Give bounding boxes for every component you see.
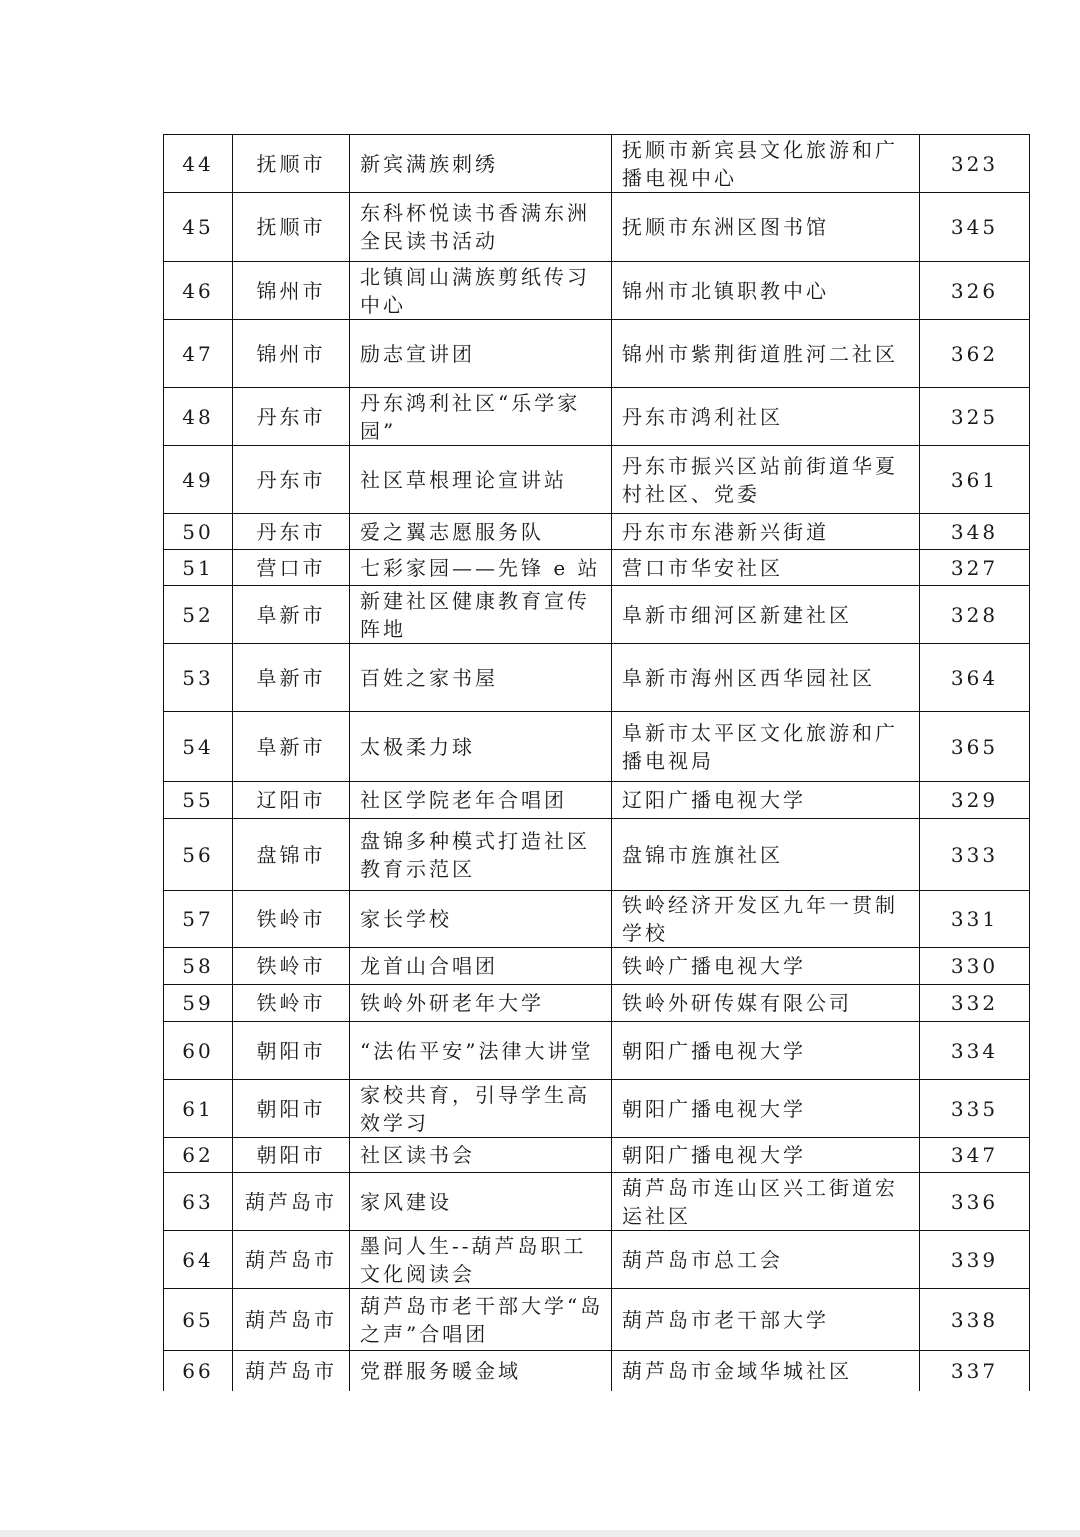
code-cell-text: 334 (920, 1037, 1029, 1065)
code-cell: 348 (920, 514, 1030, 550)
table-row: 44抚顺市新宾满族刺绣抚顺市新宾县文化旅游和广播电视中心323 (164, 135, 1030, 193)
organization-cell: 营口市华安社区 (612, 550, 920, 586)
code-cell: 331 (920, 891, 1030, 948)
city-cell-text: 阜新市 (233, 664, 349, 692)
row-number-cell-text: 48 (164, 403, 232, 431)
organization-cell-text: 朝阳广播电视大学 (622, 1037, 913, 1065)
row-number-cell: 62 (164, 1138, 233, 1173)
city-cell-text: 抚顺市 (233, 150, 349, 178)
row-number-cell: 64 (164, 1231, 233, 1289)
city-cell-text: 铁岭市 (233, 952, 349, 980)
city-cell: 葫芦岛市 (233, 1173, 350, 1231)
row-number-cell: 63 (164, 1173, 233, 1231)
city-cell-text: 葫芦岛市 (233, 1357, 349, 1385)
viewer-bottom-edge (0, 1530, 1080, 1537)
city-cell: 丹东市 (233, 446, 350, 514)
organization-cell: 朝阳广播电视大学 (612, 1080, 920, 1138)
code-cell: 332 (920, 985, 1030, 1022)
row-number-cell-text: 62 (164, 1141, 232, 1169)
row-number-cell: 53 (164, 644, 233, 712)
row-number-cell-text: 56 (164, 841, 232, 869)
city-cell: 朝阳市 (233, 1080, 350, 1138)
code-cell: 329 (920, 782, 1030, 819)
code-cell-text: 325 (920, 403, 1029, 431)
city-cell-text: 辽阳市 (233, 786, 349, 814)
city-cell: 阜新市 (233, 586, 350, 644)
project-name-cell-text: 丹东鸿利社区“乐学家园” (360, 389, 605, 445)
row-number-cell-text: 53 (164, 664, 232, 692)
row-number-cell-text: 64 (164, 1246, 232, 1274)
project-name-cell: 北镇闾山满族剪纸传习中心 (350, 262, 612, 320)
city-cell: 朝阳市 (233, 1022, 350, 1080)
code-cell-text: 327 (920, 554, 1029, 582)
project-name-cell-text: 党群服务暖金域 (360, 1357, 605, 1385)
code-cell: 365 (920, 712, 1030, 782)
organization-cell: 葫芦岛市总工会 (612, 1231, 920, 1289)
city-cell-text: 阜新市 (233, 601, 349, 629)
code-cell: 335 (920, 1080, 1030, 1138)
city-cell: 营口市 (233, 550, 350, 586)
project-name-cell: 葫芦岛市老干部大学“岛之声”合唱团 (350, 1289, 612, 1351)
organization-cell: 阜新市海州区西华园社区 (612, 644, 920, 712)
city-cell-text: 铁岭市 (233, 905, 349, 933)
organization-cell-text: 辽阳广播电视大学 (622, 786, 913, 814)
organization-cell: 辽阳广播电视大学 (612, 782, 920, 819)
code-cell-text: 328 (920, 601, 1029, 629)
organization-cell-text: 铁岭外研传媒有限公司 (622, 989, 913, 1017)
row-number-cell-text: 63 (164, 1188, 232, 1216)
project-name-cell: 社区学院老年合唱团 (350, 782, 612, 819)
row-number-cell: 50 (164, 514, 233, 550)
code-cell: 328 (920, 586, 1030, 644)
code-cell: 361 (920, 446, 1030, 514)
project-name-cell: 家长学校 (350, 891, 612, 948)
organization-cell: 抚顺市东洲区图书馆 (612, 193, 920, 262)
project-name-cell-text: 葫芦岛市老干部大学“岛之声”合唱团 (360, 1292, 605, 1348)
city-cell: 锦州市 (233, 262, 350, 320)
city-cell: 辽阳市 (233, 782, 350, 819)
project-name-cell: 党群服务暖金域 (350, 1351, 612, 1391)
project-name-cell: 墨问人生--葫芦岛职工文化阅读会 (350, 1231, 612, 1289)
code-cell-text: 362 (920, 340, 1029, 368)
row-number-cell-text: 58 (164, 952, 232, 980)
code-cell: 362 (920, 320, 1030, 388)
city-cell-text: 朝阳市 (233, 1095, 349, 1123)
row-number-cell: 44 (164, 135, 233, 193)
row-number-cell: 52 (164, 586, 233, 644)
table-row: 64葫芦岛市墨问人生--葫芦岛职工文化阅读会葫芦岛市总工会339 (164, 1231, 1030, 1289)
city-cell-text: 葫芦岛市 (233, 1188, 349, 1216)
project-name-cell-text: 东科杯悦读书香满东洲全民读书活动 (360, 199, 605, 255)
code-cell-text: 329 (920, 786, 1029, 814)
organization-cell: 葫芦岛市金域华城社区 (612, 1351, 920, 1391)
row-number-cell: 54 (164, 712, 233, 782)
project-name-cell: 新宾满族刺绣 (350, 135, 612, 193)
city-cell-text: 锦州市 (233, 277, 349, 305)
table-row: 63葫芦岛市家风建设葫芦岛市连山区兴工街道宏运社区336 (164, 1173, 1030, 1231)
project-name-cell: 爱之翼志愿服务队 (350, 514, 612, 550)
table-body: 44抚顺市新宾满族刺绣抚顺市新宾县文化旅游和广播电视中心32345抚顺市东科杯悦… (164, 135, 1030, 1391)
city-cell-text: 锦州市 (233, 340, 349, 368)
organization-cell-text: 铁岭广播电视大学 (622, 952, 913, 980)
city-cell: 阜新市 (233, 644, 350, 712)
row-number-cell: 66 (164, 1351, 233, 1391)
organization-cell-text: 朝阳广播电视大学 (622, 1141, 913, 1169)
organization-cell: 阜新市细河区新建社区 (612, 586, 920, 644)
code-cell-text: 339 (920, 1246, 1029, 1274)
table-row: 54阜新市太极柔力球阜新市太平区文化旅游和广播电视局365 (164, 712, 1030, 782)
table-row: 47锦州市励志宣讲团锦州市紫荆街道胜河二社区362 (164, 320, 1030, 388)
code-cell-text: 323 (920, 150, 1029, 178)
table-row: 50丹东市爱之翼志愿服务队丹东市东港新兴街道348 (164, 514, 1030, 550)
code-cell: 334 (920, 1022, 1030, 1080)
city-cell: 阜新市 (233, 712, 350, 782)
project-name-cell-text: 龙首山合唱团 (360, 952, 605, 980)
row-number-cell: 57 (164, 891, 233, 948)
organization-cell-text: 朝阳广播电视大学 (622, 1095, 913, 1123)
code-cell: 325 (920, 388, 1030, 446)
code-cell-text: 364 (920, 664, 1029, 692)
organization-cell: 抚顺市新宾县文化旅游和广播电视中心 (612, 135, 920, 193)
row-number-cell: 55 (164, 782, 233, 819)
project-name-cell: 家风建设 (350, 1173, 612, 1231)
row-number-cell-text: 65 (164, 1306, 232, 1334)
organization-cell: 铁岭经济开发区九年一贯制学校 (612, 891, 920, 948)
project-name-cell-text: 百姓之家书屋 (360, 664, 605, 692)
organization-cell-text: 营口市华安社区 (622, 554, 913, 582)
row-number-cell-text: 54 (164, 733, 232, 761)
code-cell-text: 335 (920, 1095, 1029, 1123)
row-number-cell-text: 49 (164, 466, 232, 494)
organization-cell-text: 抚顺市新宾县文化旅游和广播电视中心 (622, 136, 913, 192)
organization-cell-text: 锦州市紫荆街道胜河二社区 (622, 340, 913, 368)
row-number-cell: 51 (164, 550, 233, 586)
code-cell: 337 (920, 1351, 1030, 1391)
organization-cell-text: 葫芦岛市老干部大学 (622, 1306, 913, 1334)
project-name-cell-text: 家风建设 (360, 1188, 605, 1216)
row-number-cell-text: 55 (164, 786, 232, 814)
table-row: 58铁岭市龙首山合唱团铁岭广播电视大学330 (164, 948, 1030, 985)
code-cell-text: 338 (920, 1306, 1029, 1334)
row-number-cell-text: 57 (164, 905, 232, 933)
table-row: 65葫芦岛市葫芦岛市老干部大学“岛之声”合唱团葫芦岛市老干部大学338 (164, 1289, 1030, 1351)
table-row: 61朝阳市家校共育，引导学生高效学习朝阳广播电视大学335 (164, 1080, 1030, 1138)
project-name-cell: “法佑平安”法律大讲堂 (350, 1022, 612, 1080)
city-cell-text: 铁岭市 (233, 989, 349, 1017)
project-name-cell-text: 爱之翼志愿服务队 (360, 518, 605, 546)
organization-cell: 朝阳广播电视大学 (612, 1138, 920, 1173)
project-name-cell-text: 励志宣讲团 (360, 340, 605, 368)
table-row: 59铁岭市铁岭外研老年大学铁岭外研传媒有限公司332 (164, 985, 1030, 1022)
row-number-cell-text: 50 (164, 518, 232, 546)
city-cell-text: 朝阳市 (233, 1141, 349, 1169)
row-number-cell-text: 61 (164, 1095, 232, 1123)
row-number-cell: 58 (164, 948, 233, 985)
row-number-cell: 65 (164, 1289, 233, 1351)
code-cell-text: 333 (920, 841, 1029, 869)
code-cell: 347 (920, 1138, 1030, 1173)
organization-cell: 阜新市太平区文化旅游和广播电视局 (612, 712, 920, 782)
organization-cell: 锦州市紫荆街道胜河二社区 (612, 320, 920, 388)
table-row: 55辽阳市社区学院老年合唱团辽阳广播电视大学329 (164, 782, 1030, 819)
project-name-cell: 丹东鸿利社区“乐学家园” (350, 388, 612, 446)
city-cell-text: 抚顺市 (233, 213, 349, 241)
city-cell-text: 葫芦岛市 (233, 1306, 349, 1334)
city-cell: 朝阳市 (233, 1138, 350, 1173)
organization-cell: 锦州市北镇职教中心 (612, 262, 920, 320)
table-row: 52阜新市新建社区健康教育宣传阵地阜新市细河区新建社区328 (164, 586, 1030, 644)
project-name-cell-text: 太极柔力球 (360, 733, 605, 761)
project-name-cell: 社区读书会 (350, 1138, 612, 1173)
table-row: 56盘锦市盘锦多种模式打造社区教育示范区盘锦市旌旗社区333 (164, 819, 1030, 891)
row-number-cell-text: 46 (164, 277, 232, 305)
organization-cell-text: 丹东市东港新兴街道 (622, 518, 913, 546)
code-cell-text: 361 (920, 466, 1029, 494)
code-cell: 330 (920, 948, 1030, 985)
row-number-cell-text: 60 (164, 1037, 232, 1065)
data-table: 44抚顺市新宾满族刺绣抚顺市新宾县文化旅游和广播电视中心32345抚顺市东科杯悦… (163, 134, 1030, 1391)
code-cell-text: 365 (920, 733, 1029, 761)
project-name-cell: 家校共育，引导学生高效学习 (350, 1080, 612, 1138)
organization-cell-text: 葫芦岛市连山区兴工街道宏运社区 (622, 1174, 913, 1230)
table-row: 60朝阳市“法佑平安”法律大讲堂朝阳广播电视大学334 (164, 1022, 1030, 1080)
table-row: 48丹东市丹东鸿利社区“乐学家园”丹东市鸿利社区325 (164, 388, 1030, 446)
project-name-cell: 龙首山合唱团 (350, 948, 612, 985)
organization-cell: 盘锦市旌旗社区 (612, 819, 920, 891)
row-number-cell-text: 52 (164, 601, 232, 629)
code-cell-text: 332 (920, 989, 1029, 1017)
project-name-cell-text: 家校共育，引导学生高效学习 (360, 1081, 605, 1137)
organization-cell: 朝阳广播电视大学 (612, 1022, 920, 1080)
organization-cell-text: 铁岭经济开发区九年一贯制学校 (622, 891, 913, 947)
city-cell-text: 丹东市 (233, 518, 349, 546)
project-name-cell-text: 铁岭外研老年大学 (360, 989, 605, 1017)
project-name-cell: 百姓之家书屋 (350, 644, 612, 712)
organization-cell-text: 阜新市海州区西华园社区 (622, 664, 913, 692)
project-name-cell: 新建社区健康教育宣传阵地 (350, 586, 612, 644)
organization-cell-text: 葫芦岛市金域华城社区 (622, 1357, 913, 1385)
city-cell: 丹东市 (233, 388, 350, 446)
table-row: 53阜新市百姓之家书屋阜新市海州区西华园社区364 (164, 644, 1030, 712)
table-row: 51营口市七彩家园——先锋 e 站营口市华安社区327 (164, 550, 1030, 586)
code-cell-text: 345 (920, 213, 1029, 241)
code-cell: 327 (920, 550, 1030, 586)
organization-cell: 丹东市鸿利社区 (612, 388, 920, 446)
project-name-cell: 励志宣讲团 (350, 320, 612, 388)
row-number-cell: 59 (164, 985, 233, 1022)
city-cell-text: 阜新市 (233, 733, 349, 761)
city-cell-text: 朝阳市 (233, 1037, 349, 1065)
code-cell: 333 (920, 819, 1030, 891)
code-cell: 336 (920, 1173, 1030, 1231)
city-cell: 铁岭市 (233, 985, 350, 1022)
table-row: 66葫芦岛市党群服务暖金域葫芦岛市金域华城社区337 (164, 1351, 1030, 1391)
organization-cell: 葫芦岛市老干部大学 (612, 1289, 920, 1351)
city-cell: 丹东市 (233, 514, 350, 550)
city-cell: 葫芦岛市 (233, 1231, 350, 1289)
code-cell-text: 331 (920, 905, 1029, 933)
row-number-cell-text: 59 (164, 989, 232, 1017)
city-cell-text: 丹东市 (233, 403, 349, 431)
row-number-cell-text: 66 (164, 1357, 232, 1385)
organization-cell-text: 抚顺市东洲区图书馆 (622, 213, 913, 241)
project-name-cell: 东科杯悦读书香满东洲全民读书活动 (350, 193, 612, 262)
project-name-cell-text: “法佑平安”法律大讲堂 (360, 1037, 605, 1065)
city-cell: 抚顺市 (233, 193, 350, 262)
code-cell: 364 (920, 644, 1030, 712)
code-cell-text: 337 (920, 1357, 1029, 1385)
city-cell: 锦州市 (233, 320, 350, 388)
project-name-cell-text: 新建社区健康教育宣传阵地 (360, 587, 605, 643)
organization-cell-text: 盘锦市旌旗社区 (622, 841, 913, 869)
table-row: 62朝阳市社区读书会朝阳广播电视大学347 (164, 1138, 1030, 1173)
code-cell-text: 326 (920, 277, 1029, 305)
city-cell: 铁岭市 (233, 891, 350, 948)
code-cell: 323 (920, 135, 1030, 193)
organization-cell: 丹东市东港新兴街道 (612, 514, 920, 550)
city-cell: 抚顺市 (233, 135, 350, 193)
code-cell: 326 (920, 262, 1030, 320)
project-name-cell-text: 社区读书会 (360, 1141, 605, 1169)
code-cell-text: 330 (920, 952, 1029, 980)
project-name-cell-text: 社区草根理论宣讲站 (360, 466, 605, 494)
row-number-cell: 47 (164, 320, 233, 388)
city-cell: 葫芦岛市 (233, 1351, 350, 1391)
table-row: 45抚顺市东科杯悦读书香满东洲全民读书活动抚顺市东洲区图书馆345 (164, 193, 1030, 262)
code-cell-text: 348 (920, 518, 1029, 546)
city-cell-text: 盘锦市 (233, 841, 349, 869)
row-number-cell: 49 (164, 446, 233, 514)
project-name-cell-text: 家长学校 (360, 905, 605, 933)
project-name-cell-text: 墨问人生--葫芦岛职工文化阅读会 (360, 1232, 605, 1288)
city-cell: 盘锦市 (233, 819, 350, 891)
table-row: 49丹东市社区草根理论宣讲站丹东市振兴区站前街道华夏村社区、党委361 (164, 446, 1030, 514)
organization-cell-text: 阜新市太平区文化旅游和广播电视局 (622, 719, 913, 775)
organization-cell-text: 丹东市鸿利社区 (622, 403, 913, 431)
organization-cell-text: 丹东市振兴区站前街道华夏村社区、党委 (622, 452, 913, 508)
organization-cell: 丹东市振兴区站前街道华夏村社区、党委 (612, 446, 920, 514)
project-name-cell: 社区草根理论宣讲站 (350, 446, 612, 514)
row-number-cell: 46 (164, 262, 233, 320)
code-cell: 345 (920, 193, 1030, 262)
row-number-cell: 45 (164, 193, 233, 262)
document-page: 44抚顺市新宾满族刺绣抚顺市新宾县文化旅游和广播电视中心32345抚顺市东科杯悦… (0, 0, 1080, 1530)
row-number-cell-text: 51 (164, 554, 232, 582)
row-number-cell: 61 (164, 1080, 233, 1138)
project-name-cell-text: 社区学院老年合唱团 (360, 786, 605, 814)
project-name-cell: 七彩家园——先锋 e 站 (350, 550, 612, 586)
city-cell-text: 丹东市 (233, 466, 349, 494)
organization-cell: 葫芦岛市连山区兴工街道宏运社区 (612, 1173, 920, 1231)
project-name-cell: 铁岭外研老年大学 (350, 985, 612, 1022)
organization-cell: 铁岭广播电视大学 (612, 948, 920, 985)
project-name-cell: 盘锦多种模式打造社区教育示范区 (350, 819, 612, 891)
row-number-cell-text: 47 (164, 340, 232, 368)
row-number-cell: 56 (164, 819, 233, 891)
project-name-cell-text: 新宾满族刺绣 (360, 150, 605, 178)
row-number-cell-text: 44 (164, 150, 232, 178)
city-cell: 铁岭市 (233, 948, 350, 985)
project-name-cell-text: 七彩家园——先锋 e 站 (360, 554, 605, 582)
city-cell: 葫芦岛市 (233, 1289, 350, 1351)
table-row: 46锦州市北镇闾山满族剪纸传习中心锦州市北镇职教中心326 (164, 262, 1030, 320)
organization-cell: 铁岭外研传媒有限公司 (612, 985, 920, 1022)
code-cell-text: 347 (920, 1141, 1029, 1169)
organization-cell-text: 葫芦岛市总工会 (622, 1246, 913, 1274)
row-number-cell: 60 (164, 1022, 233, 1080)
city-cell-text: 营口市 (233, 554, 349, 582)
table-row: 57铁岭市家长学校铁岭经济开发区九年一贯制学校331 (164, 891, 1030, 948)
organization-cell-text: 锦州市北镇职教中心 (622, 277, 913, 305)
project-name-cell: 太极柔力球 (350, 712, 612, 782)
code-cell: 338 (920, 1289, 1030, 1351)
organization-cell-text: 阜新市细河区新建社区 (622, 601, 913, 629)
project-name-cell-text: 北镇闾山满族剪纸传习中心 (360, 263, 605, 319)
row-number-cell: 48 (164, 388, 233, 446)
code-cell-text: 336 (920, 1188, 1029, 1216)
project-name-cell-text: 盘锦多种模式打造社区教育示范区 (360, 827, 605, 883)
code-cell: 339 (920, 1231, 1030, 1289)
city-cell-text: 葫芦岛市 (233, 1246, 349, 1274)
row-number-cell-text: 45 (164, 213, 232, 241)
